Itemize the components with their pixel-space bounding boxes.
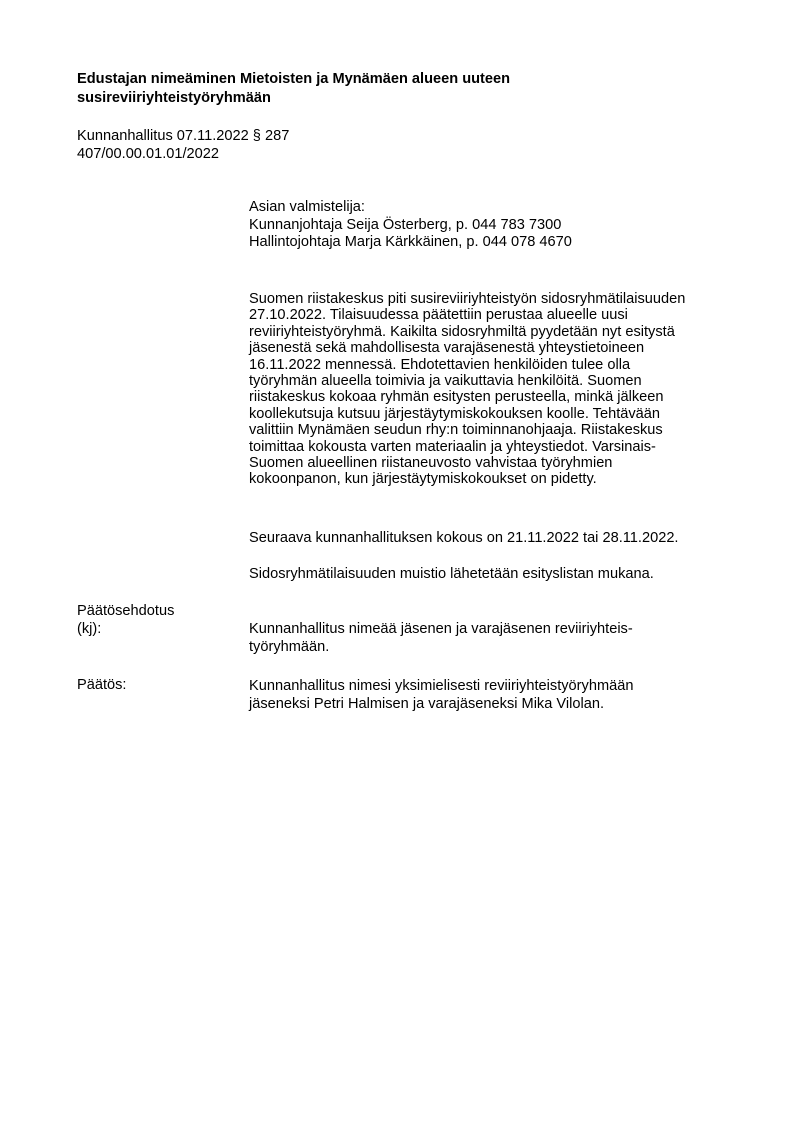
decision-text: Kunnanhallitus nimesi yksimielisesti rev… [249, 677, 749, 713]
preparer-person: Kunnanjohtaja Seija Österberg, p. 044 78… [249, 217, 749, 235]
body-line: Suomen riistakeskus piti susireviiriyhte… [249, 291, 749, 307]
body-line: reviiriyhteistyöryhmä. Kaikilta sidosryh… [249, 324, 749, 340]
next-meeting-text: Seuraava kunnanhallituksen kokous on 21.… [249, 530, 749, 546]
proposal-label-line: Päätösehdotus [77, 602, 174, 620]
preparer-person: Hallintojohtaja Marja Kärkkäinen, p. 044… [249, 234, 749, 252]
document-title: Edustajan nimeäminen Mietoisten ja Mynäm… [77, 70, 717, 107]
next-meeting-note: Seuraava kunnanhallituksen kokous on 21.… [249, 530, 749, 546]
body-line: Suomen alueellinen riistaneuvosto vahvis… [249, 455, 749, 471]
meeting-line: Kunnanhallitus 07.11.2022 § 287 [77, 127, 289, 145]
decision-label: Päätös: [77, 677, 127, 693]
decision-label-text: Päätös: [77, 677, 127, 693]
memo-text: Sidosryhmätilaisuuden muistio lähetetään… [249, 566, 749, 582]
preparer-heading: Asian valmistelija: [249, 199, 749, 217]
proposal-text: Kunnanhallitus nimeää jäsenen ja varajäs… [249, 620, 749, 656]
body-line: koollekutsuja kutsuu järjestäytymiskokou… [249, 406, 749, 422]
body-line: kokoonpanon, kun järjestäytymiskokoukset… [249, 471, 749, 487]
title-line: susireviiriyhteistyöryhmään [77, 89, 717, 108]
decision-text-line: Kunnanhallitus nimesi yksimielisesti rev… [249, 677, 749, 695]
proposal-text-line: työryhmään. [249, 638, 749, 656]
body-line: toimittaa kokousta varten materiaalin ja… [249, 439, 749, 455]
body-paragraph: Suomen riistakeskus piti susireviiriyhte… [249, 291, 749, 488]
reference-number: 407/00.00.01.01/2022 [77, 145, 289, 163]
decision-text-line: jäseneksi Petri Halmisen ja varajäseneks… [249, 695, 749, 713]
body-line: valittiin Mynämäen seudun rhy:n toiminna… [249, 422, 749, 438]
proposal-text-line: Kunnanhallitus nimeää jäsenen ja varajäs… [249, 620, 749, 638]
preparer-section: Asian valmistelija: Kunnanjohtaja Seija … [249, 199, 749, 252]
proposal-label-line: (kj): [77, 620, 174, 638]
body-line: työryhmän alueella toimivia ja vaikuttav… [249, 373, 749, 389]
memo-note: Sidosryhmätilaisuuden muistio lähetetään… [249, 566, 749, 582]
meeting-meta: Kunnanhallitus 07.11.2022 § 287 407/00.0… [77, 127, 289, 163]
body-line: riistakeskus kokoaa ryhmän esitysten per… [249, 389, 749, 405]
title-line: Edustajan nimeäminen Mietoisten ja Mynäm… [77, 70, 717, 89]
body-line: 27.10.2022. Tilaisuudessa päätettiin per… [249, 307, 749, 323]
document-page: Edustajan nimeäminen Mietoisten ja Mynäm… [0, 0, 794, 1122]
body-line: 16.11.2022 mennessä. Ehdotettavien henki… [249, 357, 749, 373]
body-line: jäsenestä sekä mahdollisesta varajäsenes… [249, 340, 749, 356]
proposal-label: Päätösehdotus (kj): [77, 602, 174, 638]
